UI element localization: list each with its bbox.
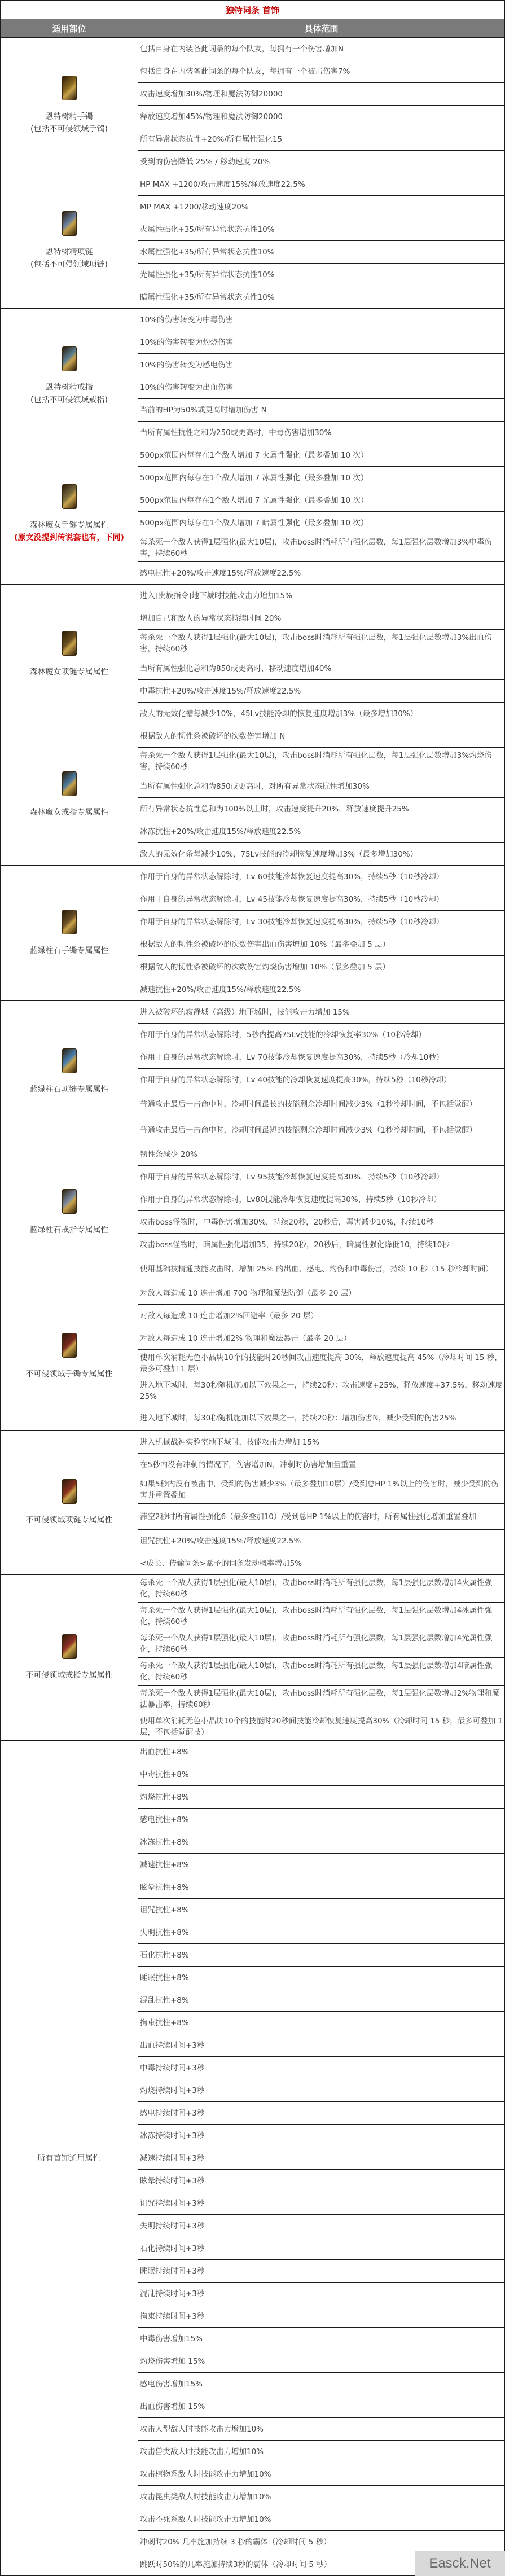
attribute-cell: 当所有属性强化总和为850或更高时，对所有异常状态抗性增加30% <box>138 775 505 798</box>
attribute-cell: 所有异常状态抗性总和为100%以上时，攻击速度提升20%，释放速度提升25% <box>138 798 505 820</box>
attribute-cell: 每杀死一个敌人获得1层强化(最大10层)，攻击boss时消耗所有强化层数，每1层… <box>138 1630 505 1658</box>
attribute-cell: 根据敌人的韧性条被破坏的次数伤害增加 N <box>138 725 505 748</box>
attribute-cell: 所有异常状态抗性+20%/所有属性强化15 <box>138 128 505 151</box>
attribute-cell: 500px范围内每存在1个敌人增加 7 冰属性强化（最多叠加 10 次） <box>138 467 505 489</box>
attribute-cell: 中毒抗性+8% <box>138 1763 505 1786</box>
accessory-attributes-table: 独特词条 首饰 适用部位 具体范围 恩特树精手镯(包括不可侵领域手镯)包括自身在… <box>0 0 505 2576</box>
part-name: 森林魔女手链专属属性 <box>3 519 135 532</box>
attribute-cell: 每杀死一个敌人获得1层强化(最大10层)，攻击boss时消耗所有强化层数，每1层… <box>138 1575 505 1603</box>
part-name: 恩特树精戒指 <box>3 381 135 394</box>
attribute-cell: 火属性强化+35/所有异常状态抗性10% <box>138 218 505 241</box>
attribute-cell: 增加自己和敌人的异常状态持续时间 20% <box>138 607 505 630</box>
attribute-cell: 出血持续时间+3秒 <box>138 2034 505 2057</box>
attribute-cell: 攻击人型敌人时技能攻击力增加10% <box>138 2418 505 2441</box>
table-body: 恩特树精手镯(包括不可侵领域手镯)包括自身在内装备此词条的每个队友，每拥有一个伤… <box>1 38 505 2576</box>
attribute-cell: 混乱持续时间+3秒 <box>138 2283 505 2305</box>
attribute-cell: 每杀死一个敌人获得1层强化(最大10层)，攻击boss时消耗所有强化层数，每1层… <box>138 1686 505 1713</box>
table-row: 森林魔女手链专属属性(原文没提到传说套也有，下同)500px范围内每存在1个敌人… <box>1 444 505 467</box>
attribute-cell: 根据敌人的韧性条被破坏的次数伤害出血伤害增加 10%（最多叠加 5 层） <box>138 933 505 956</box>
attribute-cell: 攻击植物系敌人时技能攻击力增加10% <box>138 2463 505 2486</box>
table-row: 不可侵领域项链专属属性进入机械战神实验室地下城时，技能攻击力增加 15% <box>1 1431 505 1454</box>
part-cell: 森林魔女戒指专属属性 <box>1 725 138 866</box>
attribute-cell: 作用于自身的异常状态解除时，Lv 70技能冷却恢复速度提高30%，持续5秒（冷却… <box>138 1046 505 1069</box>
attribute-cell: 失明持续时间+3秒 <box>138 2215 505 2237</box>
part-name: 不可侵领域手镯专属属性 <box>3 1368 135 1380</box>
table-row: 蓝绿柱石手镯专属属性作用于自身的异常状态解除时，Lv 60技能冷却恢复速度提高3… <box>1 866 505 888</box>
attribute-cell: <成长、传输词条>赋予的词条发动概率增加5% <box>138 1552 505 1575</box>
attribute-cell: 当前的HP为50%或更高时增加伤害 N <box>138 399 505 422</box>
part-name: 蓝绿柱石戒指专属属性 <box>3 1224 135 1236</box>
attribute-cell: 感电抗性+8% <box>138 1809 505 1831</box>
necklace-icon <box>62 1479 77 1504</box>
table-row: 森林魔女戒指专属属性根据敌人的韧性条被破坏的次数伤害增加 N <box>1 725 505 748</box>
attribute-cell: 光属性强化+35/所有异常状态抗性10% <box>138 264 505 286</box>
attribute-cell: 进入地下城时，每30秒随机施加以下效果之一，持续20秒：攻击速度+25%，释放速… <box>138 1377 505 1405</box>
bracelet-icon <box>62 76 77 100</box>
part-name: 不可侵领域戒指专属属性 <box>3 1669 135 1682</box>
table-row: 恩特树精项链(包括不可侵领域项链)HP MAX +1200/攻击速度15%/释放… <box>1 173 505 196</box>
attribute-cell: 灼烧持续时间+3秒 <box>138 2079 505 2102</box>
attribute-cell: 攻击速度增加30%/物理和魔法防御20000 <box>138 83 505 106</box>
part-cell: 不可侵领域项链专属属性 <box>1 1431 138 1575</box>
attribute-cell: 500px范围内每存在1个敌人增加 7 火属性强化（最多叠加 10 次） <box>138 444 505 467</box>
attribute-cell: 感电抗性+20%/攻击速度15%/释放速度22.5% <box>138 562 505 585</box>
attribute-cell: 水属性强化+35/所有异常状态抗性10% <box>138 241 505 264</box>
attribute-cell: 每杀死一个敌人获得1层强化(最大10层)，攻击boss时消耗所有强化层数，每1层… <box>138 1603 505 1630</box>
table-row: 恩特树精戒指(包括不可侵领域戒指)10%的伤害转变为中毒伤害 <box>1 309 505 331</box>
bracelet-icon <box>62 910 77 934</box>
part-name: 蓝绿柱石手镯专属属性 <box>3 945 135 957</box>
attribute-cell: 诅咒抗性+20%/攻击速度15%/释放速度22.5% <box>138 1530 505 1552</box>
attribute-cell: 冰冻抗性+8% <box>138 1831 505 1854</box>
attribute-cell: 进入[贵族指令]地下城时技能攻击力增加15% <box>138 585 505 607</box>
part-cell: 恩特树精项链(包括不可侵领域项链) <box>1 173 138 309</box>
necklace-icon <box>62 211 77 236</box>
table-title: 独特词条 首饰 <box>1 1 505 19</box>
part-name: 不可侵领域项链专属属性 <box>3 1514 135 1526</box>
part-cell: 森林魔女手链专属属性(原文没提到传说套也有，下同) <box>1 444 138 585</box>
attribute-cell: 使用单次消耗无色小晶块10个的技能时20秒间技能冷却恢复速度提高30%（冷却时间… <box>138 1713 505 1741</box>
attribute-cell: 对敌人每造成 10 连击增加2%回避率（最多 20 层） <box>138 1305 505 1327</box>
attribute-cell: 暗属性强化+35/所有异常状态抗性10% <box>138 286 505 309</box>
part-name: 森林魔女戒指专属属性 <box>3 806 135 819</box>
attribute-cell: 攻击boss怪物时，暗属性强化增加35，持续20秒，20秒后，暗属性强化降低10… <box>138 1234 505 1256</box>
attribute-cell: 普通攻击最后一击命中时，冷却时间最长的技能剩余冷却时间减少3%（1秒冷却时间，不… <box>138 1091 505 1117</box>
watermark-logo: Easck.Net <box>415 2551 505 2576</box>
attribute-cell: 中毒抗性+20%/攻击速度15%/释放速度22.5% <box>138 680 505 703</box>
attribute-cell: 作用于自身的异常状态解除时，Lv 30技能冷却恢复速度提高30%，持续5秒（10… <box>138 911 505 933</box>
attribute-cell: 作用于自身的异常状态解除时，Lv 60技能冷却恢复速度提高30%，持续5秒（10… <box>138 866 505 888</box>
attribute-cell: 作用于自身的异常状态解除时，5秒内提高75Lv技能的冷却恢复率30%（10秒冷却… <box>138 1024 505 1046</box>
attribute-cell: 受到的伤害降低 25% / 移动速度 20% <box>138 151 505 173</box>
attribute-cell: 攻击昆虫类敌人时技能攻击力增加10% <box>138 2486 505 2508</box>
attribute-cell: 作用于自身的异常状态解除时，Lv 45技能冷却恢复速度提高30%，持续5秒（10… <box>138 888 505 911</box>
attribute-cell: 睡眠持续时间+3秒 <box>138 2260 505 2283</box>
attribute-cell: 韧性条减少 20% <box>138 1143 505 1166</box>
attribute-cell: 每杀死一个敌人获得1层强化(最大10层)，攻击boss时消耗所有强化层数，每1层… <box>138 534 505 562</box>
part-subtitle: (包括不可侵领域手镯) <box>3 123 135 135</box>
attribute-cell: 中毒伤害增加15% <box>138 2328 505 2350</box>
ring-icon <box>62 1189 77 1214</box>
table-row: 所有首饰通用属性出血抗性+8% <box>1 1741 505 1763</box>
attribute-cell: 感电持续时间+3秒 <box>138 2102 505 2125</box>
attribute-cell: 普通攻击最后一击命中时，冷却时间最短的技能剩余冷却时间减少3%（1秒冷却时间，不… <box>138 1117 505 1143</box>
part-cell: 蓝绿柱石戒指专属属性 <box>1 1143 138 1282</box>
attribute-cell: 在5秒内没有冲刺的情况下，伤害增加N，冲刺时伤害增加量重置 <box>138 1454 505 1476</box>
part-name: 所有首饰通用属性 <box>3 2152 135 2165</box>
attribute-cell: 如果5秒内没有被击中，受到的伤害减少3%（最多叠加10层）/受到总HP 1%以上… <box>138 1476 505 1504</box>
attribute-cell: 诅咒抗性+8% <box>138 1899 505 1921</box>
attribute-cell: 滞空2秒时所有属性强化6（最多叠加10）/受到总HP 1%以上的伤害时，所有属性… <box>138 1504 505 1530</box>
table-row: 恩特树精手镯(包括不可侵领域手镯)包括自身在内装备此词条的每个队友，每拥有一个伤… <box>1 38 505 60</box>
attribute-cell: 眩晕持续时间+3秒 <box>138 2170 505 2192</box>
attribute-cell: 10%的伤害转变为灼烧伤害 <box>138 331 505 354</box>
attribute-cell: 对敌人每造成 10 连击增加2% 物理和魔法暴击（最多 20 层） <box>138 1327 505 1350</box>
attribute-cell: 释放速度增加45%/物理和魔法防御20000 <box>138 106 505 128</box>
attribute-cell: 10%的伤害转变为出血伤害 <box>138 376 505 399</box>
attribute-cell: 冰冻抗性+20%/攻击速度15%/释放速度22.5% <box>138 820 505 843</box>
attribute-cell: 出血抗性+8% <box>138 1741 505 1763</box>
attribute-cell: 冲刺时20% 几率施加持续 3 秒的霸体（冷却时间 5 秒） <box>138 2531 505 2553</box>
attribute-cell: 包括自身在内装备此词条的每个队友，每拥有一个伤害增加N <box>138 38 505 60</box>
attribute-cell: 石化抗性+8% <box>138 1944 505 1967</box>
part-subtitle: (包括不可侵领域戒指) <box>3 394 135 406</box>
attribute-cell: MP MAX +1200/移动速度20% <box>138 196 505 218</box>
attribute-cell: 减速持续时间+3秒 <box>138 2147 505 2170</box>
attribute-cell: 根据敌人的韧性条被破坏的次数伤害灼烧伤害增加 10%（最多叠加 5 层） <box>138 956 505 978</box>
attribute-cell: 10%的伤害转变为中毒伤害 <box>138 309 505 331</box>
attribute-cell: 混乱抗性+8% <box>138 1989 505 2012</box>
ring-icon <box>62 1634 77 1659</box>
attribute-cell: 当所有属性强化总和为850或更高时，移动速度增加40% <box>138 657 505 680</box>
attribute-cell: 诅咒持续时间+3秒 <box>138 2192 505 2215</box>
attribute-cell: 当所有属性抗性之和为250或更高时，中毒伤害增加30% <box>138 422 505 444</box>
attribute-cell: 冰冻持续时间+3秒 <box>138 2125 505 2147</box>
attribute-cell: HP MAX +1200/攻击速度15%/释放速度22.5% <box>138 173 505 196</box>
attribute-cell: 进入机械战神实验室地下城时，技能攻击力增加 15% <box>138 1431 505 1454</box>
attribute-cell: 减速抗性+8% <box>138 1854 505 1876</box>
attribute-cell: 作用于自身的异常状态解除时，Lv 40技能的冷却恢复速度提高30%，持续5秒（1… <box>138 1069 505 1091</box>
attribute-cell: 进入地下城时，每30秒随机施加以下效果之一，持续20秒：增加伤害N，减少受到的伤… <box>138 1405 505 1431</box>
attribute-cell: 作用于自身的异常状态解除时，Lv80技能冷却恢复速度提高30%，持续5秒（10秒… <box>138 1188 505 1211</box>
part-cell: 恩特树精戒指(包括不可侵领域戒指) <box>1 309 138 444</box>
attribute-cell: 进入被破坏的寂静城（高级）地下城时，技能攻击力增加 15% <box>138 1001 505 1024</box>
attribute-cell: 拘束抗性+8% <box>138 2012 505 2034</box>
attribute-cell: 对敌人每造成 10 连击增加 700 物理和魔法防御（最多 20 层） <box>138 1282 505 1305</box>
ring-icon <box>62 346 77 371</box>
part-cell: 森林魔女项链专属属性 <box>1 585 138 725</box>
part-cell: 恩特树精手镯(包括不可侵领域手镯) <box>1 38 138 173</box>
part-name: 森林魔女项链专属属性 <box>3 666 135 678</box>
necklace-icon <box>62 1048 77 1073</box>
attribute-cell: 包括自身在内装备此词条的每个队友，每拥有一个被击伤害7% <box>138 60 505 83</box>
attribute-cell: 每杀死一个敌人获得1层强化(最大10层)，攻击boss时消耗所有强化层数，每1层… <box>138 1658 505 1686</box>
part-cell: 所有首饰通用属性 <box>1 1741 138 2576</box>
attribute-cell: 10%的伤害转变为感电伤害 <box>138 354 505 376</box>
attribute-cell: 中毒持续时间+3秒 <box>138 2057 505 2079</box>
part-cell: 不可侵领域手镯专属属性 <box>1 1282 138 1431</box>
attribute-cell: 拘束持续时间+3秒 <box>138 2305 505 2328</box>
table-row: 蓝绿柱石戒指专属属性韧性条减少 20% <box>1 1143 505 1166</box>
ring-icon <box>62 771 77 796</box>
attribute-cell: 500px范围内每存在1个敌人增加 7 光属性强化（最多叠加 10 次） <box>138 489 505 512</box>
attribute-cell: 灼烧伤害增加 15% <box>138 2350 505 2373</box>
attribute-cell: 出血伤害增加 15% <box>138 2395 505 2418</box>
bracelet-icon <box>62 484 77 509</box>
attribute-cell: 眩晕抗性+8% <box>138 1876 505 1899</box>
table-row: 不可侵领域手镯专属属性对敌人每造成 10 连击增加 700 物理和魔法防御（最多… <box>1 1282 505 1305</box>
attribute-cell: 失明抗性+8% <box>138 1921 505 1944</box>
attribute-cell: 500px范围内每存在1个敌人增加 7 暗属性强化（最多叠加 10 次） <box>138 512 505 534</box>
table-row: 不可侵领域戒指专属属性每杀死一个敌人获得1层强化(最大10层)，攻击boss时消… <box>1 1575 505 1603</box>
necklace-icon <box>62 631 77 656</box>
attribute-cell: 敌人的无效化槽每减少10%，45Lv技能冷却的恢复速度增加3%（最多增加30%） <box>138 703 505 725</box>
attribute-cell: 作用于自身的异常状态解除时，Lv 95技能冷却恢复速度提高30%，持续5秒（10… <box>138 1166 505 1188</box>
column-header-range: 具体范围 <box>138 19 505 38</box>
bracelet-icon <box>62 1333 77 1358</box>
attribute-cell: 每杀死一个敌人获得1层强化(最大10层)，攻击boss时消耗所有强化层数，每1层… <box>138 748 505 775</box>
attribute-cell: 每杀死一个敌人获得1层强化(最大10层)，攻击boss时消耗所有强化层数，每1层… <box>138 630 505 657</box>
part-note: (原文没提到传说套也有，下同) <box>3 532 135 544</box>
part-cell: 蓝绿柱石项链专属属性 <box>1 1001 138 1143</box>
part-subtitle: (包括不可侵领域项链) <box>3 258 135 271</box>
part-name: 蓝绿柱石项链专属属性 <box>3 1083 135 1096</box>
attribute-cell: 灼烧抗性+8% <box>138 1786 505 1809</box>
attribute-cell: 攻击boss怪物时，中毒伤害增加30%，持续20秒，20秒后，毒害减少10%，持… <box>138 1211 505 1234</box>
part-cell: 蓝绿柱石手镯专属属性 <box>1 866 138 1001</box>
attribute-cell: 石化持续时间+3秒 <box>138 2237 505 2260</box>
attribute-cell: 攻击不死系敌人时技能攻击力增加10% <box>138 2508 505 2531</box>
table-row: 森林魔女项链专属属性进入[贵族指令]地下城时技能攻击力增加15% <box>1 585 505 607</box>
part-cell: 不可侵领域戒指专属属性 <box>1 1575 138 1741</box>
attribute-cell: 使用单次消耗无色小晶块10个的技能时20秒间攻击速度提高 30%，释放速度提高 … <box>138 1350 505 1377</box>
column-header-part: 适用部位 <box>1 19 138 38</box>
attribute-cell: 感电伤害增加15% <box>138 2373 505 2395</box>
attribute-cell: 使用基础技精通技能攻击时，增加 25% 的出血、感电、灼伤和中毒伤害，持续 10… <box>138 1256 505 1282</box>
attribute-cell: 睡眠抗性+8% <box>138 1967 505 1989</box>
part-name: 恩特树精手镯 <box>3 111 135 123</box>
table-row: 蓝绿柱石项链专属属性进入被破坏的寂静城（高级）地下城时，技能攻击力增加 15% <box>1 1001 505 1024</box>
part-name: 恩特树精项链 <box>3 246 135 258</box>
attribute-cell: 攻击兽类敌人时技能攻击力增加10% <box>138 2441 505 2463</box>
attribute-cell: 敌人的无效化条每减少10%，75Lv技能的冷却恢复速度增加3%（最多增加30%） <box>138 843 505 866</box>
attribute-cell: 减速抗性+20%/攻击速度15%/释放速度22.5% <box>138 978 505 1001</box>
